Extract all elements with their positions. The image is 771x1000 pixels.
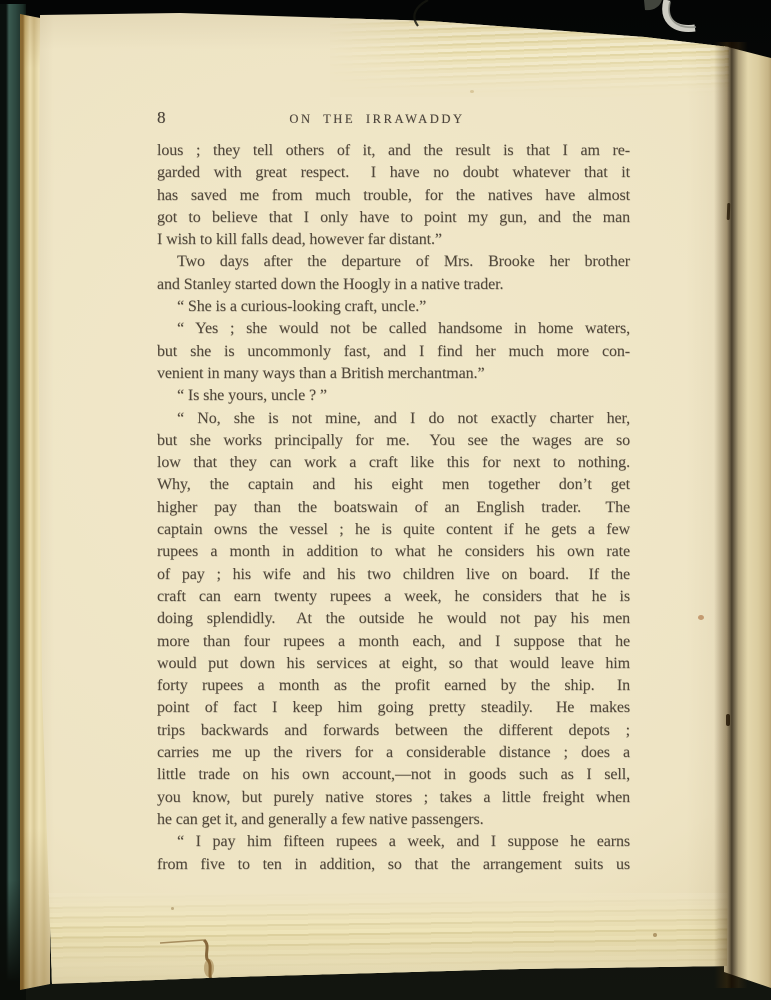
page-edges-bottom-band	[42, 893, 732, 983]
foxing-spot	[171, 907, 174, 910]
text-line: point of fact I keep him going pretty st…	[157, 697, 630, 719]
edge-mark	[726, 714, 730, 726]
text-line: would put down his services at eight, so…	[157, 653, 630, 675]
text-line: “ I pay him fifteen rupees a week, and I…	[157, 831, 630, 853]
text-line: has saved me from much trouble, for the …	[157, 185, 630, 207]
text-line: from five to ten in addition, so that th…	[157, 854, 630, 876]
text-line: higher pay than the boatswain of an Engl…	[157, 497, 630, 519]
text-line: forty rupees a month as the profit earne…	[157, 675, 630, 697]
text-line: you know, but purely native stores ; tak…	[157, 787, 630, 809]
running-header: ON THE IRRAWADDY	[157, 111, 597, 127]
text-line: lous ; they tell others of it, and the r…	[157, 140, 630, 162]
text-line: garded with great respect. I have no dou…	[157, 162, 630, 184]
text-line: rupees a month in addition to what he co…	[157, 541, 630, 563]
text-line: “ Is she yours, uncle ? ”	[157, 385, 630, 407]
book-page: 8 ON THE IRRAWADDY lous ; they tell othe…	[0, 0, 771, 1000]
edge-mark	[727, 203, 731, 220]
foxing-spot	[470, 90, 474, 93]
foxing-spot	[698, 615, 704, 620]
text-line: “ She is a curious-looking craft, uncle.…	[157, 296, 630, 318]
text-line: doing splendidly. At the outside he woul…	[157, 608, 630, 630]
text-line: trips backwards and forwards between the…	[157, 720, 630, 742]
foxing-spot	[653, 933, 657, 937]
text-line: carries me up the rivers for a considera…	[157, 742, 630, 764]
text-block: lous ; they tell others of it, and the r…	[157, 140, 630, 876]
text-line: but she works principally for me. You se…	[157, 430, 630, 452]
text-line: captain owns the vessel ; he is quite co…	[157, 519, 630, 541]
text-line: got to believe that I only have to point…	[157, 207, 630, 229]
text-line: more than four rupees a month each, and …	[157, 631, 630, 653]
text-line: he can get it, and generally a few nativ…	[157, 809, 630, 831]
text-line: craft can earn twenty rupees a week, he …	[157, 586, 630, 608]
next-page-fore-edge	[724, 40, 771, 1000]
text-line: venient in many ways than a British merc…	[157, 363, 630, 385]
text-line: Why, the captain and his eight men toget…	[157, 474, 630, 496]
text-line: low that they can work a craft like this…	[157, 452, 630, 474]
page-corner-curl	[640, 0, 718, 46]
text-line: but she is uncommonly fast, and I find h…	[157, 341, 630, 363]
page-tear	[150, 928, 240, 988]
dust-hair	[402, 0, 436, 28]
text-line: of pay ; his wife and his two children l…	[157, 564, 630, 586]
text-line: Two days after the departure of Mrs. Bro…	[157, 251, 630, 273]
text-line: “ Yes ; she would not be called handsome…	[157, 318, 630, 340]
text-line: little trade on his own account,—not in …	[157, 764, 630, 786]
text-line: “ No, she is not mine, and I do not exac…	[157, 408, 630, 430]
text-line: I wish to kill falls dead, however far d…	[157, 229, 630, 251]
scanned-book-photo: 8 ON THE IRRAWADDY lous ; they tell othe…	[0, 0, 771, 1000]
text-line: and Stanley started down the Hoogly in a…	[157, 274, 630, 296]
